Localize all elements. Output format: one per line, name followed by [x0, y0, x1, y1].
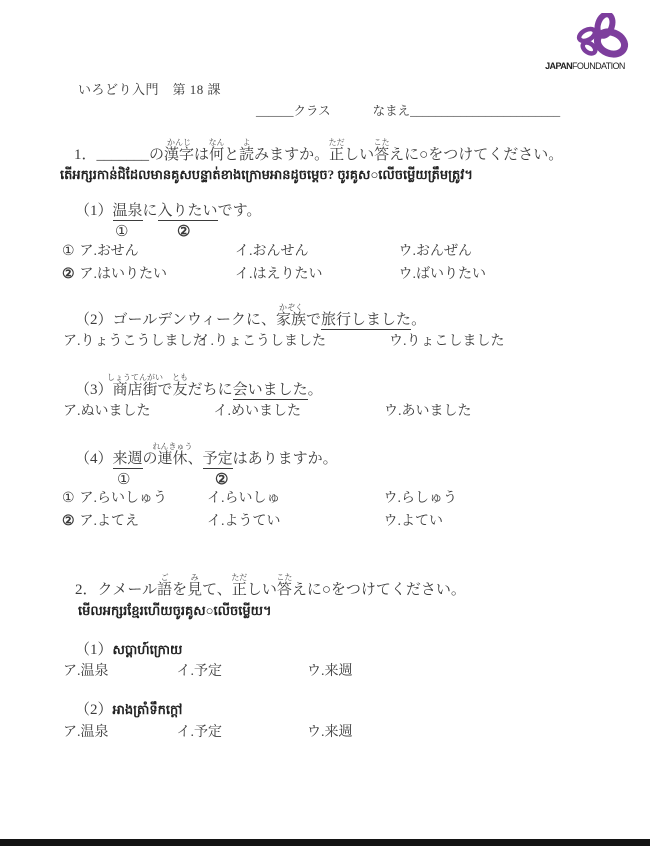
marker-1-circle: ①	[115, 223, 128, 242]
option-u: ウ.らしゅう	[384, 491, 458, 506]
page-bottom-edge	[0, 839, 650, 846]
furigana: よ	[243, 138, 251, 148]
marker-2-circle: ②	[215, 471, 228, 490]
option-u: ウ.来週	[307, 725, 353, 740]
furigana: とも	[172, 373, 188, 383]
option-u: ウ.来週	[307, 664, 353, 679]
option-a: ア.温泉	[63, 724, 173, 742]
question-2-sentence: （2）ゴールデンウィークに、家族かぞくで旅行しました。	[75, 311, 426, 330]
class-blank-line: ______	[256, 104, 294, 118]
class-name-line: ______クラスなまえ________________________	[256, 104, 560, 120]
furigana: ただ	[231, 573, 247, 583]
question-1-options-row-1: ① ア.おせん イ.おんせん ウ.おんぜん	[62, 243, 472, 261]
brand-foundation: FOUNDATION	[572, 61, 625, 71]
brand-japan: JAPAN	[545, 61, 572, 71]
furigana: ご	[161, 573, 169, 583]
question-4-sentence: （4）来週の連休れんきゅう、予定はありますか。	[75, 450, 338, 469]
name-label: なまえ	[373, 104, 411, 118]
option-row-number: ①	[62, 490, 76, 508]
khmer-word: សប្ដាហ៍ក្រោយ	[113, 642, 183, 657]
option-u: ウ.あいました	[384, 404, 472, 419]
question-3-options-row: ア.ぬいました イ.めいました ウ.あいました	[63, 403, 472, 421]
question-4-markers: ① ②	[0, 471, 650, 489]
option-u: ウ.ばいりたい	[399, 267, 487, 282]
option-a: ア.よてえ	[80, 513, 204, 531]
question-number: （1）	[75, 642, 113, 658]
class-label: クラス	[294, 104, 331, 118]
option-u: ウ.りょこしました	[389, 334, 505, 349]
khmer-word: អាងត្រាំទឹកក្ដៅ	[113, 702, 183, 717]
section2-heading: 2．クメール語ごを見みて、正ただしい答こたえに○をつけてください。	[75, 581, 466, 600]
option-row-number: ②	[62, 513, 76, 531]
furigana: なん	[209, 138, 225, 148]
question-2-options-row: ア.りょうこうしました イ.りょこうしました ウ.りょこしました	[63, 333, 505, 351]
furigana: こた	[276, 573, 292, 583]
option-u: ウ.おんぜん	[399, 244, 473, 259]
section2-question-2-options: ア.温泉 イ.予定 ウ.来週	[63, 724, 353, 742]
question-number: （2）	[75, 702, 113, 718]
section2-khmer-instruction: មើលអក្សរខ្មែរហើយចូរគូស○លើចម្លើយ។	[78, 603, 272, 619]
furigana: かぞく	[279, 303, 303, 313]
option-i: イ.はえりたい	[235, 266, 395, 284]
option-a: ア.ぬいました	[63, 403, 210, 421]
option-u: ウ.よてい	[384, 514, 444, 529]
option-i: イ.予定	[177, 663, 304, 681]
option-row-number: ①	[62, 243, 76, 261]
japan-foundation-logo-icon	[576, 13, 630, 59]
section2-question-1-options: ア.温泉 イ.予定 ウ.来週	[63, 663, 353, 681]
option-i: イ.予定	[177, 724, 304, 742]
option-a: ア.はいりたい	[80, 266, 232, 284]
option-i: イ.ようてい	[207, 513, 380, 531]
option-a: ア.温泉	[63, 663, 173, 681]
furigana: み	[191, 573, 199, 583]
question-1-markers: ① ②	[0, 223, 650, 241]
marker-2-circle: ②	[177, 223, 190, 242]
japan-foundation-wordmark: JAPANFOUNDATION	[538, 61, 632, 71]
question-1-sentence: （1）温泉に入りたいです。	[75, 202, 261, 221]
question-1-options-row-2: ② ア.はいりたい イ.はえりたい ウ.ばいりたい	[62, 266, 486, 284]
section2-question-1: （1）សប្ដាហ៍ក្រោយ	[75, 640, 182, 660]
option-i: イ.おんせん	[235, 243, 395, 261]
option-row-number: ②	[62, 266, 76, 284]
option-i: イ.らいしゅ	[207, 490, 380, 508]
marker-1-circle: ①	[117, 471, 130, 490]
worksheet-page: { "colors": { "text": "#3b3b3b", "khmer_…	[0, 0, 650, 846]
section1-khmer-instruction: តើអក្សរកាន់ជិដែលមានគូសបន្ទាត់ខាងក្រោមអាន…	[60, 167, 473, 183]
option-a: ア.らいしゅう	[80, 490, 204, 508]
name-blank-line: ________________________	[410, 104, 560, 118]
option-a: ア.おせん	[80, 243, 232, 261]
section1-heading: 1．_______の漢字かんじは何なんと読よみますか。正ただしい答こたえに○をつ…	[74, 146, 563, 165]
option-i: イ.めいました	[214, 403, 381, 421]
furigana: ただ	[329, 138, 345, 148]
furigana: こた	[374, 138, 390, 148]
question-4-options-row-1: ① ア.らいしゅう イ.らいしゅ ウ.らしゅう	[62, 490, 457, 508]
question-4-options-row-2: ② ア.よてえ イ.ようてい ウ.よてい	[62, 513, 443, 531]
furigana: かんじ	[167, 138, 191, 148]
section2-question-2: （2）អាងត្រាំទឹកក្ដៅ	[75, 700, 182, 720]
question-3-sentence: （3）商店街しょうてんがいで友ともだちに会いました。	[75, 381, 323, 400]
furigana: れんきゅう	[153, 442, 193, 452]
option-i: イ.りょこうしました	[197, 333, 386, 351]
page-title: いろどり入門 第 18 課	[78, 82, 221, 98]
option-a: ア.りょうこうしました	[63, 333, 193, 351]
furigana: しょうてんがい	[107, 373, 163, 383]
